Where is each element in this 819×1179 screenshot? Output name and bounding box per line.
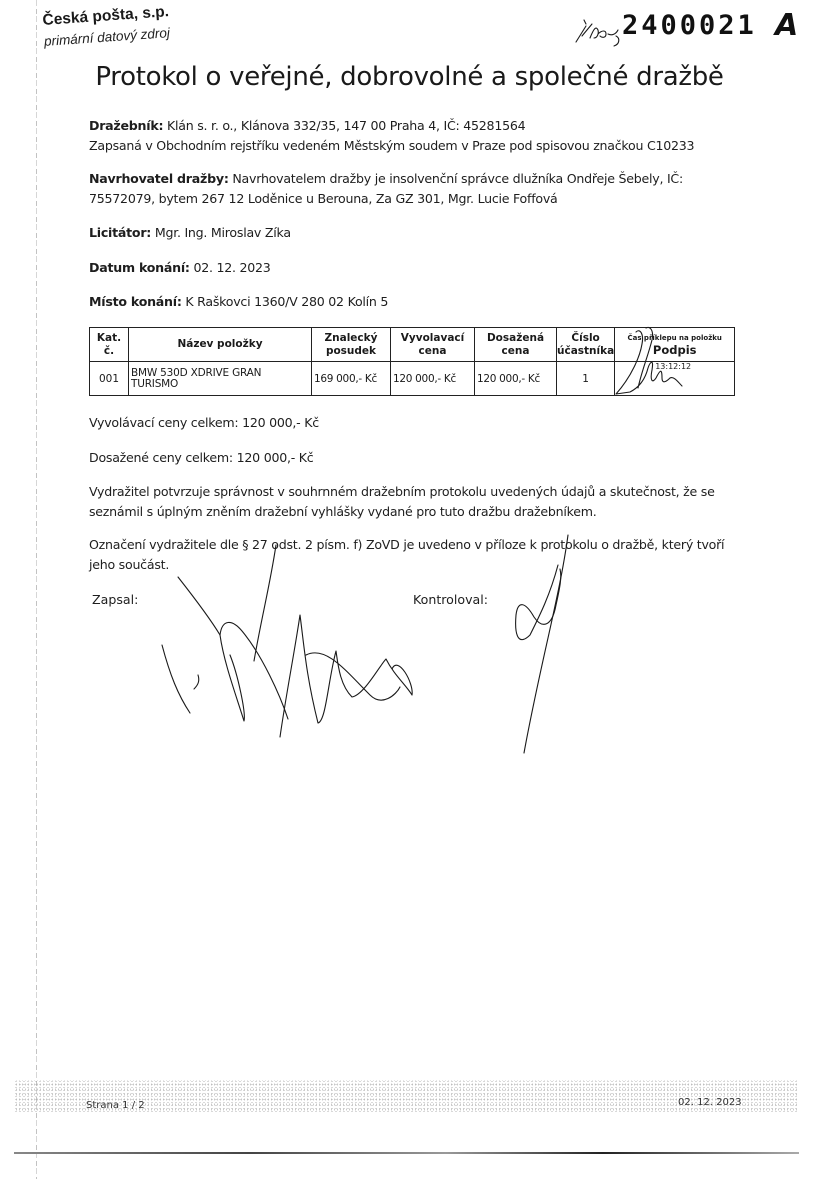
initials-signature-icon	[572, 14, 624, 50]
header-starting-price: Vyvolavacícena	[391, 328, 475, 362]
bidder-signature-icon	[612, 326, 742, 398]
header-name: Název položky	[129, 328, 312, 362]
licitator-label: Licitátor:	[89, 225, 151, 240]
cell-starting-price: 120 000,- Kč	[391, 362, 475, 396]
cell-expert-valuation: 169 000,- Kč	[312, 362, 391, 396]
place-section: Místo konání: K Raškovci 1360/V 280 02 K…	[89, 292, 739, 312]
auctioneer-section: Dražebník: Klán s. r. o., Klánova 332/35…	[89, 116, 739, 156]
issuer-subtitle: primární datový zdroj	[44, 25, 171, 49]
proposer-value-line2: 75572079, bytem 267 12 Loděnice u Beroun…	[89, 189, 739, 209]
header-expert-valuation: Znaleckýposudek	[312, 328, 391, 362]
proposer-section: Navrhovatel dražby: Navrhovatelem dražby…	[89, 169, 739, 209]
header-kat: Kat. č.	[90, 328, 129, 362]
footer-date: 02. 12. 2023	[678, 1097, 742, 1108]
total-starting-prices: Vyvolávací ceny celkem: 120 000,- Kč	[89, 413, 739, 433]
date-value: 02. 12. 2023	[193, 260, 270, 275]
header-participant-number: Čísloúčastníka	[557, 328, 615, 362]
auctioneer-registry: Zapsaná v Obchodním rejstříku vedeném Mě…	[89, 136, 739, 156]
page-title: Protokol o veřejné, dobrovolné a společn…	[0, 62, 819, 92]
confirmation-text: Vydražitel potvrzuje správnost v souhrnn…	[89, 482, 729, 522]
page-number: Strana 1 / 2	[86, 1100, 145, 1111]
recorder-signature-icon	[150, 545, 430, 735]
checker-signature-icon	[500, 535, 580, 755]
cell-participant-number: 1	[557, 362, 615, 396]
document-number: 2400021	[622, 10, 757, 41]
place-label: Místo konání:	[89, 294, 182, 309]
date-section: Datum konání: 02. 12. 2023	[89, 258, 739, 278]
document-number-stamp: 2400021 A	[572, 8, 802, 52]
scan-edge-artifact	[36, 0, 37, 1179]
header-achieved-price: Dosaženácena	[475, 328, 557, 362]
place-value: K Raškovci 1360/V 280 02 Kolín 5	[185, 294, 388, 309]
proposer-value-line1: Navrhovatelem dražby je insolvenční sprá…	[232, 171, 683, 186]
recorded-by-label: Zapsal:	[92, 592, 138, 607]
licitator-section: Licitátor: Mgr. Ing. Miroslav Zíka	[89, 223, 739, 243]
footer-divider	[14, 1152, 799, 1154]
cell-achieved-price: 120 000,- Kč	[475, 362, 557, 396]
cell-item-name: BMW 530D XDRIVE GRAN TURISMO	[129, 362, 312, 396]
document-number-suffix: A	[775, 8, 798, 43]
auctioneer-label: Dražebník:	[89, 118, 163, 133]
cell-kat: 001	[90, 362, 129, 396]
auctioneer-value: Klán s. r. o., Klánova 332/35, 147 00 Pr…	[167, 118, 525, 133]
proposer-label: Navrhovatel dražby:	[89, 171, 229, 186]
total-achieved-prices: Dosažené ceny celkem: 120 000,- Kč	[89, 448, 739, 468]
issuer-stamp: Česká pošta, s.p. primární datový zdroj	[42, 3, 171, 49]
date-label: Datum konání:	[89, 260, 190, 275]
licitator-value: Mgr. Ing. Miroslav Zíka	[155, 225, 291, 240]
